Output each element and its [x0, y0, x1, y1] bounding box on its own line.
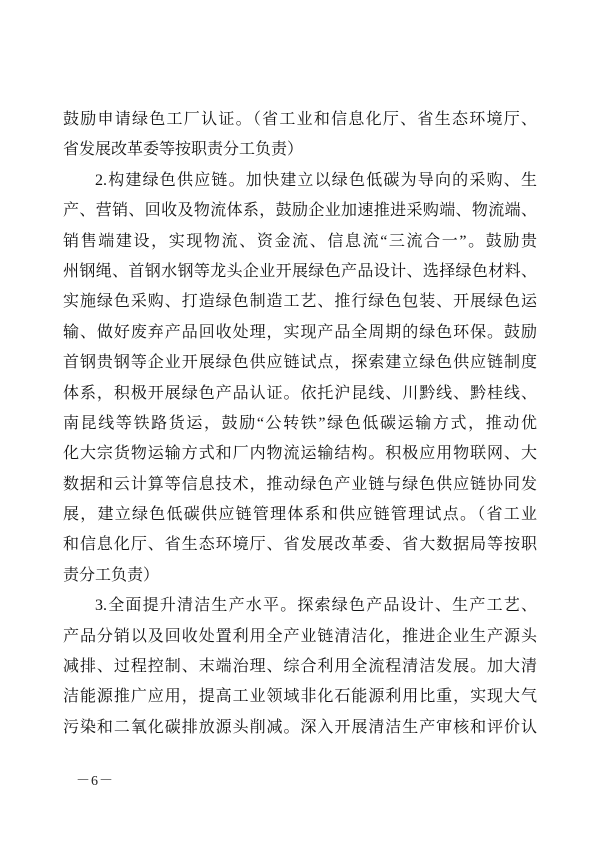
text-line: 鼓励申请绿色工厂认证。（省工业和信息化厅、省生态环境厅、 [63, 105, 537, 135]
document-page: 鼓励申请绿色工厂认证。（省工业和信息化厅、省生态环境厅、 省发展改革委等按职责分… [0, 0, 600, 848]
text-line: 输、做好废弃产品回收处理，实现产品全周期的绿色环保。鼓励 [63, 318, 537, 348]
text-line: 南昆线等铁路货运，鼓励“公转铁”绿色低碳运输方式，推动优 [63, 409, 537, 439]
text-line: 污染和二氧化碳排放源头削减。深入开展清洁生产审核和评价认 [63, 713, 537, 743]
text-line: 责分工负责） [63, 561, 537, 591]
text-line: 数据和云计算等信息技术，推动绿色产业链与绿色供应链协同发 [63, 470, 537, 500]
text-line: 体系，积极开展绿色产品认证。依托沪昆线、川黔线、黔桂线、 [63, 379, 537, 409]
text-line: 2.构建绿色供应链。加快建立以绿色低碳为导向的采购、生 [63, 166, 537, 196]
text-line: 展，建立绿色低碳供应链管理体系和供应链管理试点。（省工业 [63, 500, 537, 530]
text-line: 产、营销、回收及物流体系，鼓励企业加速推进采购端、物流端、 [63, 196, 537, 226]
text-line: 省发展改革委等按职责分工负责） [63, 135, 537, 165]
text-line: 州钢绳、首钢水钢等龙头企业开展绿色产品设计、选择绿色材料、 [63, 257, 537, 287]
page-body-text: 鼓励申请绿色工厂认证。（省工业和信息化厅、省生态环境厅、 省发展改革委等按职责分… [63, 105, 537, 743]
text-line: 产品分销以及回收处置利用全产业链清洁化，推进企业生产源头 [63, 622, 537, 652]
page-number: －6－ [76, 770, 114, 790]
text-line: 化大宗货物运输方式和厂内物流运输结构。积极应用物联网、大 [63, 439, 537, 469]
text-line: 销售端建设，实现物流、资金流、信息流“三流合一”。鼓励贵 [63, 227, 537, 257]
text-line: 实施绿色采购、打造绿色制造工艺、推行绿色包装、开展绿色运 [63, 287, 537, 317]
text-line: 洁能源推广应用，提高工业领域非化石能源利用比重，实现大气 [63, 682, 537, 712]
text-line: 和信息化厅、省生态环境厅、省发展改革委、省大数据局等按职 [63, 530, 537, 560]
text-line: 3.全面提升清洁生产水平。探索绿色产品设计、生产工艺、 [63, 591, 537, 621]
text-line: 减排、过程控制、末端治理、综合利用全流程清洁发展。加大清 [63, 652, 537, 682]
text-line: 首钢贵钢等企业开展绿色供应链试点，探索建立绿色供应链制度 [63, 348, 537, 378]
